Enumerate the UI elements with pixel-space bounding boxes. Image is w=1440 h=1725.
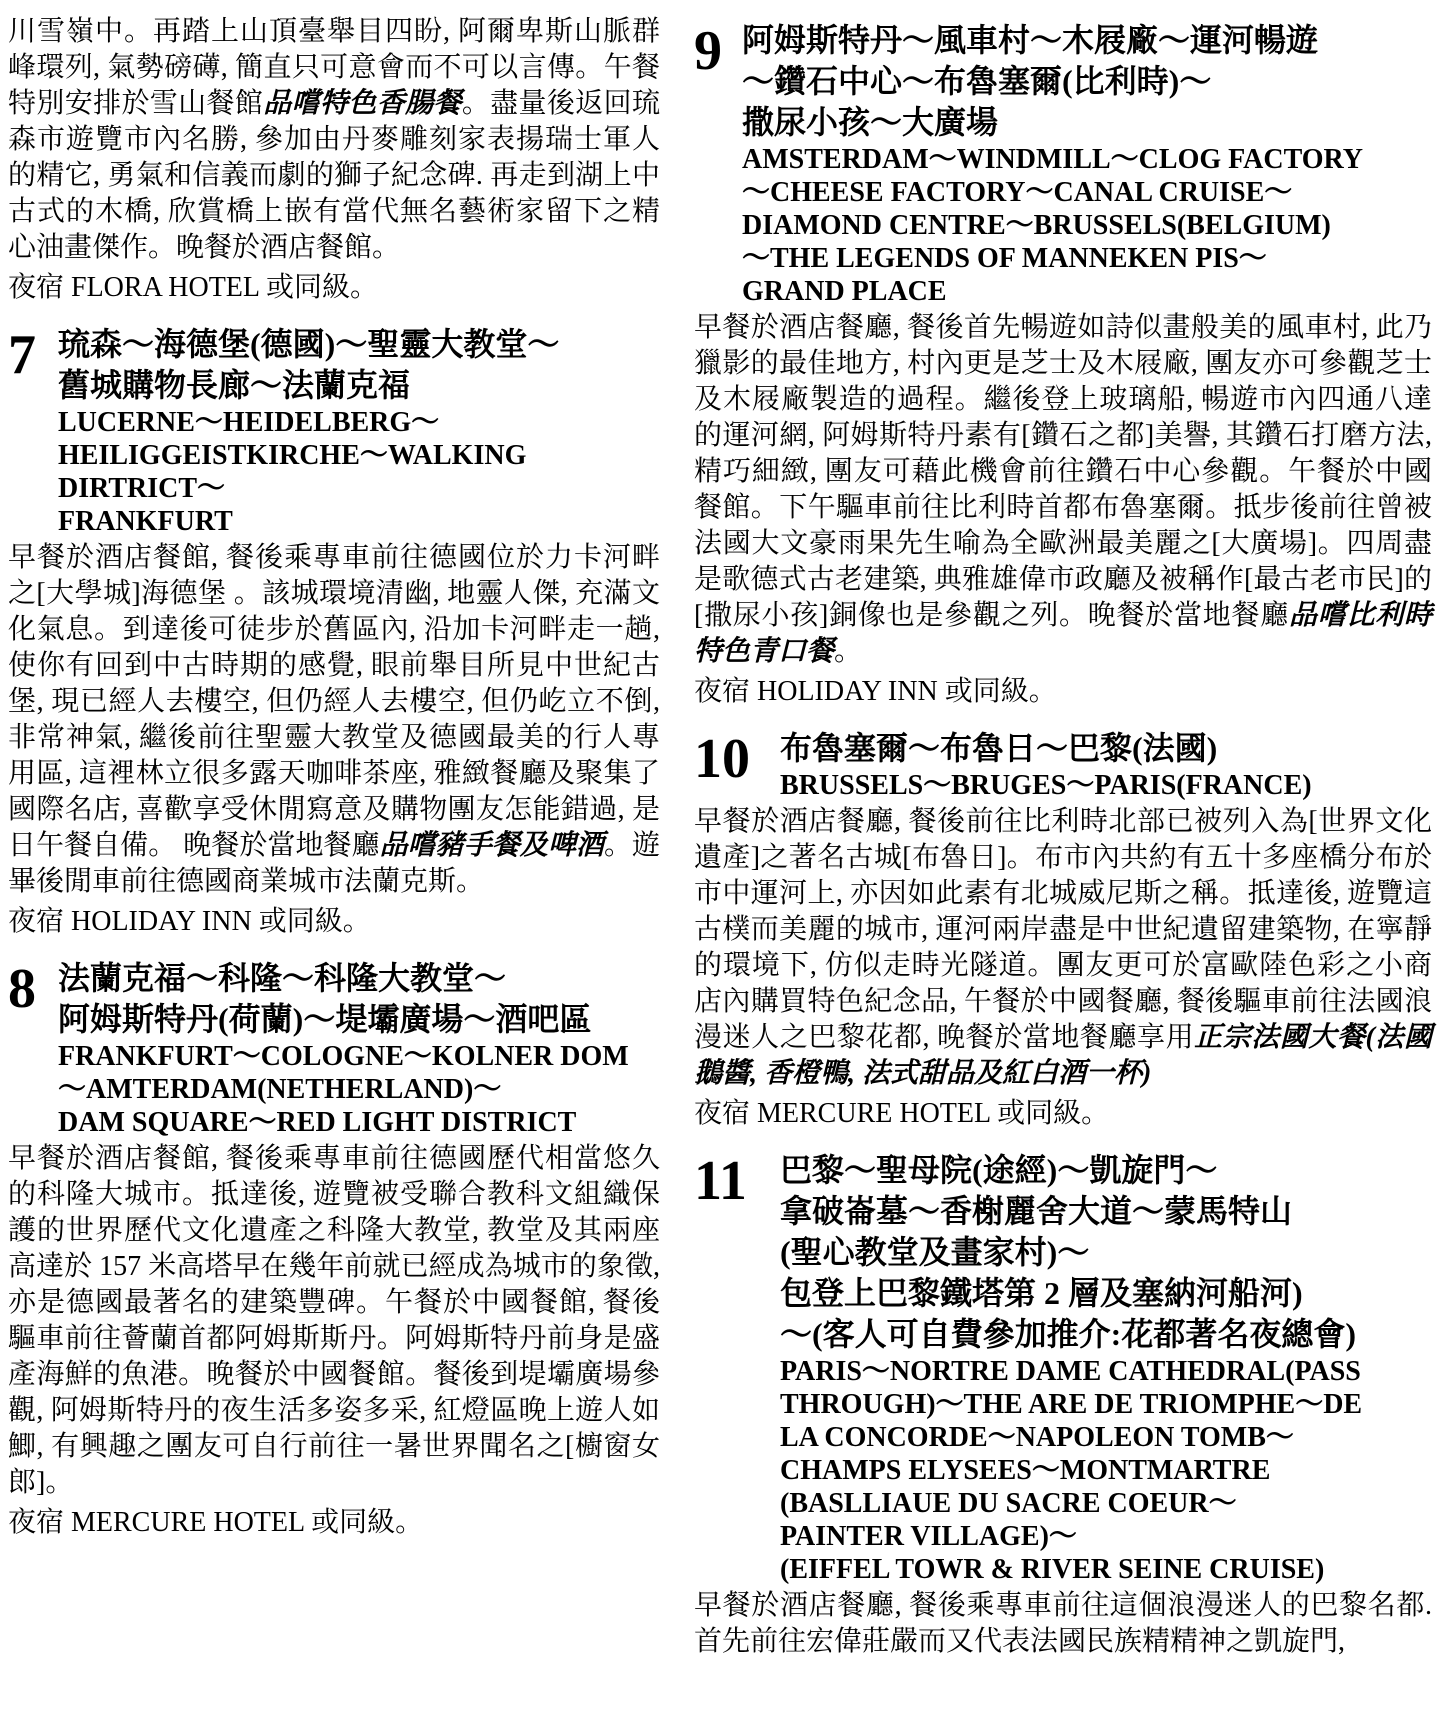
- paragraph-text: 早餐於酒店餐館, 餐後乘專車前往德國位於力卡河畔之[大學城]海德堡 。該城環境清…: [8, 542, 660, 861]
- paragraph-text: 早餐於酒店餐廳, 餐後首先暢遊如詩似畫般美的風車村, 此乃獵影的最佳地方, 村內…: [694, 312, 1432, 631]
- title-en-line: FRANKFURT～COLOGNE～KOLNER DOM: [58, 1040, 660, 1073]
- title-zh-line: 舊城購物長廊～法蘭克福: [58, 365, 660, 406]
- day-8-heading: 8 法蘭克福～科隆～科隆大教堂～ 阿姆斯特丹(荷蘭)～堤壩廣場～酒吧區 FRAN…: [8, 958, 660, 1139]
- lodging-line: 夜宿 HOLIDAY INN 或同級。: [8, 904, 660, 940]
- day-titles: 阿姆斯特丹～風車村～木屐廠～運河暢遊 ～鑽石中心～布魯塞爾(比利時)～ 撒尿小孩…: [742, 20, 1432, 308]
- paragraph-text: 早餐於酒店餐廳, 餐後前往比利時北部已被列入為[世界文化遺產]之著名古城[布魯日…: [694, 806, 1432, 1053]
- day-9-heading: 9 阿姆斯特丹～風車村～木屐廠～運河暢遊 ～鑽石中心～布魯塞爾(比利時)～ 撒尿…: [694, 20, 1432, 308]
- title-en-line: AMSTERDAM～WINDMILL～CLOG FACTORY: [742, 143, 1432, 176]
- title-en-line: FRANKFURT: [58, 505, 660, 538]
- lodging-line: 夜宿 MERCURE HOTEL 或同級。: [8, 1505, 660, 1541]
- title-en-line: ～AMTERDAM(NETHERLAND)～: [58, 1073, 660, 1106]
- day-number: 10: [694, 728, 780, 802]
- title-zh-line: 撒尿小孩～大廣場: [742, 102, 1432, 143]
- day-titles: 法蘭克福～科隆～科隆大教堂～ 阿姆斯特丹(荷蘭)～堤壩廣場～酒吧區 FRANKF…: [58, 958, 660, 1139]
- title-zh-line: 阿姆斯特丹(荷蘭)～堤壩廣場～酒吧區: [58, 999, 660, 1040]
- title-en-line: PARIS～NORTRE DAME CATHEDRAL(PASS: [780, 1355, 1432, 1388]
- day-10-heading: 10 布魯塞爾～布魯日～巴黎(法國) BRUSSELS～BRUGES～PARIS…: [694, 728, 1432, 802]
- title-en-line: DIAMOND CENTRE～BRUSSELS(BELGIUM): [742, 209, 1432, 242]
- title-en-line: PAINTER VILLAGE)～: [780, 1520, 1432, 1553]
- day-number: 8: [8, 958, 58, 1139]
- title-zh-line: 阿姆斯特丹～風車村～木屐廠～運河暢遊: [742, 20, 1432, 61]
- special-meal-text: 品嚐特色香腸餐: [263, 88, 462, 119]
- title-en-line: BRUSSELS～BRUGES～PARIS(FRANCE): [780, 769, 1432, 802]
- day-titles: 巴黎～聖母院(途經)～凱旋門～ 拿破崙墓～香榭麗舍大道～蒙馬特山 (聖心教堂及畫…: [780, 1150, 1432, 1586]
- title-zh-line: ～鑽石中心～布魯塞爾(比利時)～: [742, 61, 1432, 102]
- title-en-line: THROUGH)～THE ARE DE TRIOMPHE～DE: [780, 1388, 1432, 1421]
- day-titles: 琉森～海德堡(德國)～聖靈大教堂～ 舊城購物長廊～法蘭克福 LUCERNE～HE…: [58, 324, 660, 538]
- title-en-line: (EIFFEL TOWR & RIVER SEINE CRUISE): [780, 1553, 1432, 1586]
- title-en-line: HEILIGGEISTKIRCHE～WALKING DIRTRICT～: [58, 439, 660, 505]
- paragraph-text: 。: [834, 636, 862, 667]
- day-11-heading: 11 巴黎～聖母院(途經)～凱旋門～ 拿破崙墓～香榭麗舍大道～蒙馬特山 (聖心教…: [694, 1150, 1432, 1586]
- day-number: 11: [694, 1150, 780, 1586]
- title-en-line: CHAMPS ELYSEES～MONTMARTRE: [780, 1454, 1432, 1487]
- paragraph-text: 早餐於酒店餐廳, 餐後乘專車前往這個浪漫迷人的巴黎名都. 首先前往宏偉莊嚴而又代…: [694, 1590, 1432, 1657]
- day-11-body: 早餐於酒店餐廳, 餐後乘專車前往這個浪漫迷人的巴黎名都. 首先前往宏偉莊嚴而又代…: [694, 1588, 1432, 1660]
- day-number: 7: [8, 324, 58, 538]
- day-number: 9: [694, 20, 742, 308]
- continuation-paragraph: 川雪嶺中。再踏上山頂臺舉目四盼, 阿爾卑斯山脈群峰環列, 氣勢磅礡, 簡直只可意…: [8, 14, 660, 266]
- right-column: 9 阿姆斯特丹～風車村～木屐廠～運河暢遊 ～鑽石中心～布魯塞爾(比利時)～ 撒尿…: [694, 14, 1432, 1660]
- itinerary-page: 川雪嶺中。再踏上山頂臺舉目四盼, 阿爾卑斯山脈群峰環列, 氣勢磅礡, 簡直只可意…: [0, 0, 1440, 1660]
- day-7-body: 早餐於酒店餐館, 餐後乘專車前往德國位於力卡河畔之[大學城]海德堡 。該城環境清…: [8, 540, 660, 900]
- title-en-line: LUCERNE～HEIDELBERG～: [58, 406, 660, 439]
- lodging-line: 夜宿 HOLIDAY INN 或同級。: [694, 674, 1432, 710]
- lodging-line: 夜宿 FLORA HOTEL 或同級。: [8, 270, 660, 306]
- title-en-line: DAM SQUARE～RED LIGHT DISTRICT: [58, 1106, 660, 1139]
- title-zh-line: 法蘭克福～科隆～科隆大教堂～: [58, 958, 660, 999]
- title-en-line: LA CONCORDE～NAPOLEON TOMB～: [780, 1421, 1432, 1454]
- day-8-body: 早餐於酒店餐館, 餐後乘專車前往德國歷代相當悠久的科隆大城市。抵達後, 遊覽被受…: [8, 1141, 660, 1501]
- title-zh-line: 布魯塞爾～布魯日～巴黎(法國): [780, 728, 1432, 769]
- title-zh-line: 琉森～海德堡(德國)～聖靈大教堂～: [58, 324, 660, 365]
- day-titles: 布魯塞爾～布魯日～巴黎(法國) BRUSSELS～BRUGES～PARIS(FR…: [780, 728, 1432, 802]
- title-zh-line: 包登上巴黎鐵塔第 2 層及塞納河船河): [780, 1273, 1432, 1314]
- title-zh-line: 巴黎～聖母院(途經)～凱旋門～: [780, 1150, 1432, 1191]
- title-en-line: ～CHEESE FACTORY～CANAL CRUISE～: [742, 176, 1432, 209]
- title-zh-line: (聖心教堂及畫家村)～: [780, 1232, 1432, 1273]
- special-meal-text: 品嚐豬手餐及啤酒: [380, 830, 604, 861]
- title-zh-line: ～(客人可自費參加推介:花都著名夜總會): [780, 1314, 1432, 1355]
- paragraph-text: 早餐於酒店餐館, 餐後乘專車前往德國歷代相當悠久的科隆大城市。抵達後, 遊覽被受…: [8, 1143, 660, 1498]
- left-column: 川雪嶺中。再踏上山頂臺舉目四盼, 阿爾卑斯山脈群峰環列, 氣勢磅礡, 簡直只可意…: [8, 14, 660, 1660]
- day-10-body: 早餐於酒店餐廳, 餐後前往比利時北部已被列入為[世界文化遺產]之著名古城[布魯日…: [694, 804, 1432, 1092]
- title-en-line: GRAND PLACE: [742, 275, 1432, 308]
- day-9-body: 早餐於酒店餐廳, 餐後首先暢遊如詩似畫般美的風車村, 此乃獵影的最佳地方, 村內…: [694, 310, 1432, 670]
- day-7-heading: 7 琉森～海德堡(德國)～聖靈大教堂～ 舊城購物長廊～法蘭克福 LUCERNE～…: [8, 324, 660, 538]
- lodging-line: 夜宿 MERCURE HOTEL 或同級。: [694, 1096, 1432, 1132]
- title-en-line: ～THE LEGENDS OF MANNEKEN PIS～: [742, 242, 1432, 275]
- title-en-line: (BASLLIAUE DU SACRE COEUR～: [780, 1487, 1432, 1520]
- title-zh-line: 拿破崙墓～香榭麗舍大道～蒙馬特山: [780, 1191, 1432, 1232]
